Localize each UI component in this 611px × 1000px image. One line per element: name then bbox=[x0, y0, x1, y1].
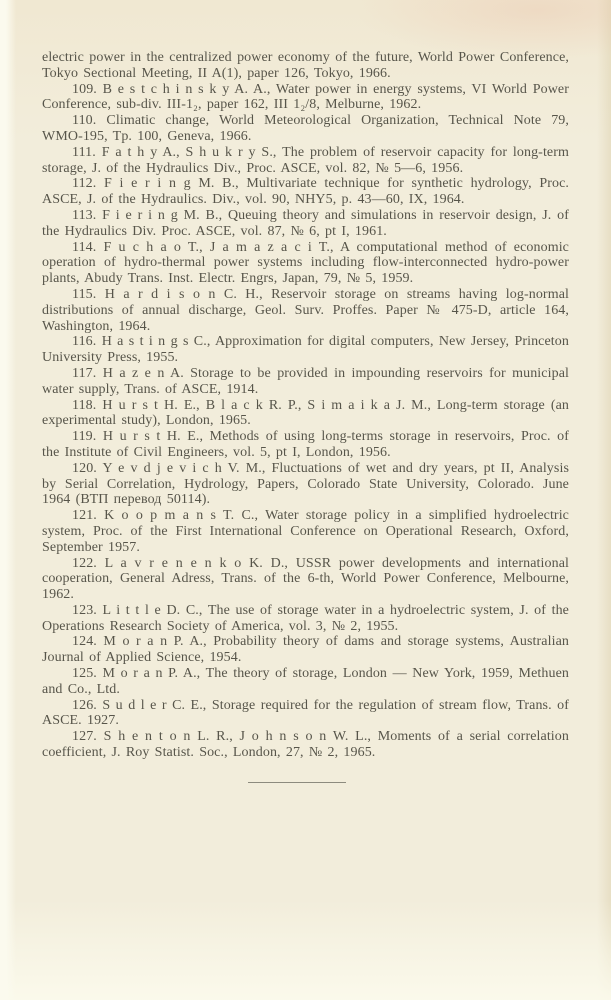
reference-entry: 121. K o o p m a n s T. C., Water storag… bbox=[42, 508, 569, 555]
reference-text: M o r a n P. A., Probability theory of d… bbox=[42, 634, 569, 665]
reference-number: 122. bbox=[72, 556, 97, 571]
end-divider bbox=[248, 782, 346, 783]
scanned-book-page: electric power in the centralized power … bbox=[0, 0, 611, 1000]
reference-entry: 118. H u r s t H. E., B l a c k R. P., S… bbox=[42, 398, 569, 430]
reference-number: 121. bbox=[72, 508, 97, 523]
reference-number: 112. bbox=[72, 176, 96, 191]
reference-entry: 124. M o r a n P. A., Probability theory… bbox=[42, 634, 569, 666]
reference-entry: 123. L i t t l e D. C., The use of stora… bbox=[42, 603, 569, 635]
reference-entry: 111. F a t h y A., S h u k r y S., The p… bbox=[42, 145, 569, 177]
reference-number: 125. bbox=[72, 666, 97, 681]
reference-entry: 127. S h e n t o n L. R., J o h n s o n … bbox=[42, 729, 569, 761]
reference-number: 126. bbox=[72, 698, 97, 713]
reference-number: 110. bbox=[72, 113, 96, 128]
reference-text: K o o p m a n s T. C., Water storage pol… bbox=[42, 508, 569, 555]
reference-entry: 114. F u c h a o T., J a m a z a c i T.,… bbox=[42, 240, 569, 287]
reference-text: S h e n t o n L. R., J o h n s o n W. L.… bbox=[42, 729, 569, 760]
reference-text: S u d l e r C. E., Storage required for … bbox=[42, 698, 569, 729]
reference-entry: 109. B e s t c h i n s k y A. A., Water … bbox=[42, 82, 569, 114]
reference-continuation: electric power in the centralized power … bbox=[42, 50, 569, 82]
reference-entry: 125. M o r a n P. A., The theory of stor… bbox=[42, 666, 569, 698]
reference-number: 124. bbox=[72, 634, 97, 649]
reference-number: 123. bbox=[72, 603, 97, 618]
reference-number: 114. bbox=[72, 240, 96, 255]
reference-text: Y e v d j e v i c h V. M., Fluctuations … bbox=[42, 461, 569, 508]
reference-text: H u r s t H. E., B l a c k R. P., S i m … bbox=[42, 398, 569, 429]
reference-entry: 116. H a s t i n g s C., Approximation f… bbox=[42, 334, 569, 366]
reference-number: 109. bbox=[72, 82, 97, 97]
reference-number: 111. bbox=[72, 145, 96, 160]
reference-text: Climatic change, World Meteorological Or… bbox=[42, 113, 569, 144]
reference-text: H a r d i s o n C. H., Reservoir storage… bbox=[42, 287, 569, 334]
reference-number: 119. bbox=[72, 429, 96, 444]
bibliography-text: electric power in the centralized power … bbox=[42, 50, 569, 783]
reference-number: 113. bbox=[72, 208, 96, 223]
reference-text: F a t h y A., S h u k r y S., The proble… bbox=[42, 145, 569, 176]
reference-number: 117. bbox=[72, 366, 96, 381]
reference-entry: 119. H u r s t H. E., Methods of using l… bbox=[42, 429, 569, 461]
reference-text: L i t t l e D. C., The use of storage wa… bbox=[42, 603, 569, 634]
reference-number: 115. bbox=[72, 287, 96, 302]
reference-number: 127. bbox=[72, 729, 97, 744]
reference-entry: 120. Y e v d j e v i c h V. M., Fluctuat… bbox=[42, 461, 569, 508]
reference-number: 120. bbox=[72, 461, 97, 476]
reference-text: F i e r i n g M. B., Queuing theory and … bbox=[42, 208, 569, 239]
reference-entry: 122. L a v r e n e n k o K. D., USSR pow… bbox=[42, 556, 569, 603]
reference-entry: 112. F i e r i n g M. B., Multivariate t… bbox=[42, 176, 569, 208]
reference-entry: 126. S u d l e r C. E., Storage required… bbox=[42, 698, 569, 730]
reference-text: M o r a n P. A., The theory of storage, … bbox=[42, 666, 569, 697]
reference-number: 116. bbox=[72, 334, 96, 349]
reference-text: L a v r e n e n k o K. D., USSR power de… bbox=[42, 556, 569, 603]
reference-text: H a z e n A. Storage to be provided in i… bbox=[42, 366, 569, 397]
reference-text: F u c h a o T., J a m a z a c i T., A co… bbox=[42, 240, 569, 287]
reference-text: F i e r i n g M. B., Multivariate techni… bbox=[42, 176, 569, 207]
reference-entry: 117. H a z e n A. Storage to be provided… bbox=[42, 366, 569, 398]
reference-text: B e s t c h i n s k y A. A., Water power… bbox=[42, 82, 569, 113]
reference-entry: 113. F i e r i n g M. B., Queuing theory… bbox=[42, 208, 569, 240]
reference-entry: 115. H a r d i s o n C. H., Reservoir st… bbox=[42, 287, 569, 334]
reference-text: H a s t i n g s C., Approximation for di… bbox=[42, 334, 569, 365]
reference-entry: 110. Climatic change, World Meteorologic… bbox=[42, 113, 569, 145]
reference-number: 118. bbox=[72, 398, 96, 413]
reference-text: H u r s t H. E., Methods of using long-t… bbox=[42, 429, 569, 460]
